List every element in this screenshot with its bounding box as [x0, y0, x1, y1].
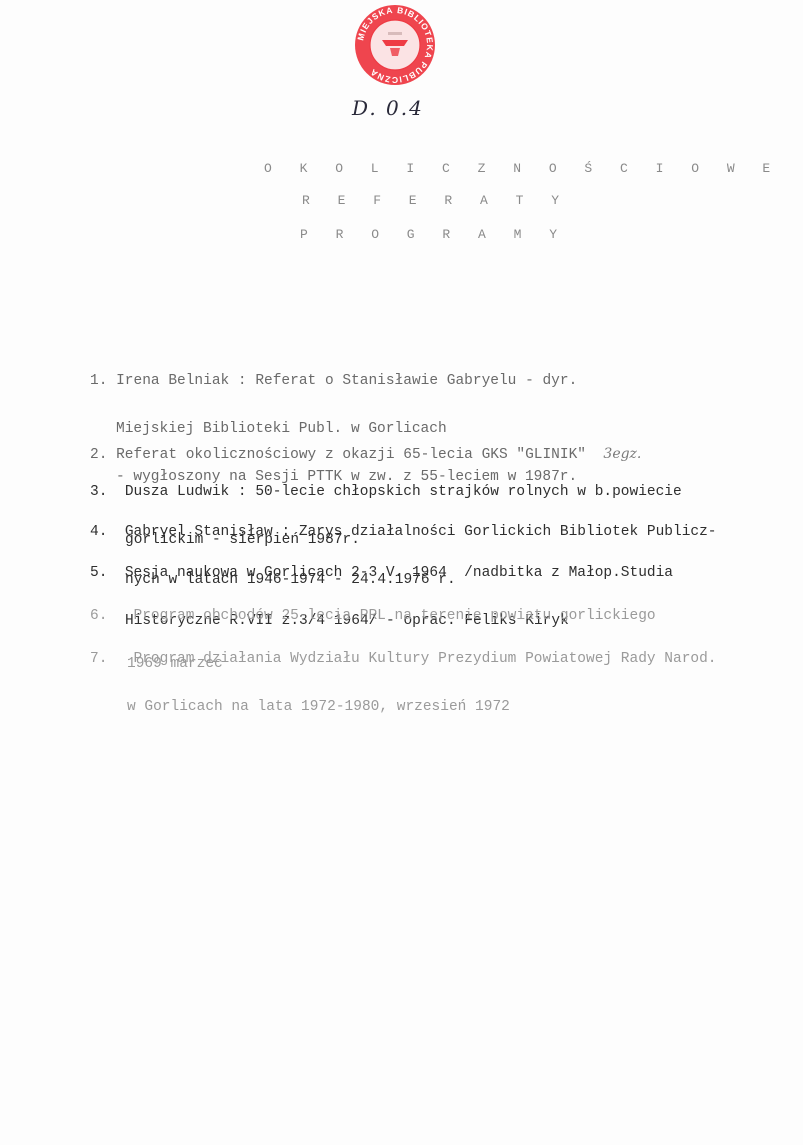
- list-item-line: 7. Program działania Wydziału Kultury Pr…: [90, 651, 717, 667]
- list-item-7: 7. Program działania Wydziału Kultury Pr…: [90, 619, 717, 747]
- archive-signature: D. 0.4: [352, 96, 424, 120]
- heading-programy: P R O G R A M Y: [300, 227, 567, 242]
- heading-okolicznosciowe: O K O L I C Z N O Ś C I O W E: [264, 161, 780, 176]
- list-item-line: w Gorlicach na lata 1972-1980, wrzesień …: [127, 699, 754, 715]
- heading-referaty: R E F E R A T Y: [302, 193, 569, 208]
- document-page: MIEJSKA BIBLIOTEKA PUBLICZNA D. 0.4 O K …: [0, 0, 803, 1145]
- stamp-seal-icon: MIEJSKA BIBLIOTEKA PUBLICZNA: [352, 2, 438, 88]
- list-item-line: 1. Irena Belniak : Referat o Stanisławie…: [90, 373, 577, 389]
- library-stamp: MIEJSKA BIBLIOTEKA PUBLICZNA: [352, 2, 438, 88]
